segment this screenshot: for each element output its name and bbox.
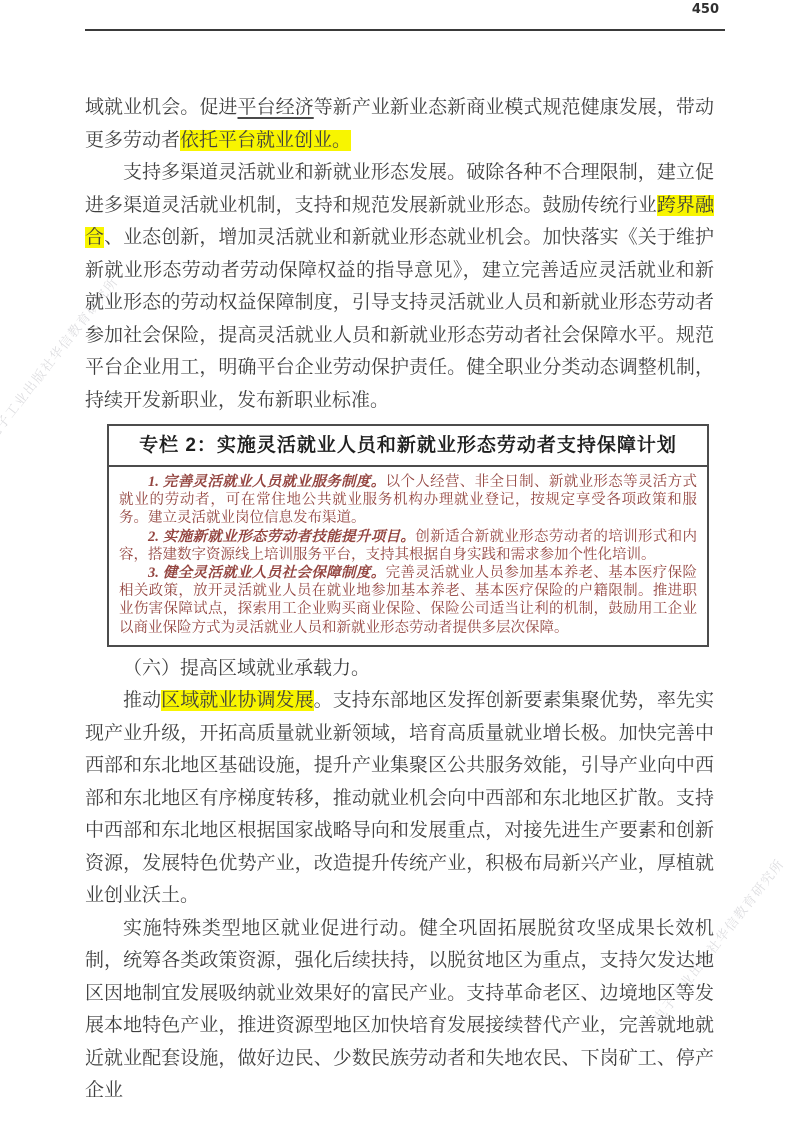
body-text: 域就业机会。促进 [85, 97, 238, 118]
header-rule [85, 29, 725, 31]
document-page: 450 电子工业出版社华信教育研究所 电子工业出版社华信教育研究所 域就业机会。… [0, 0, 793, 1122]
box-item-3: 3. 健全灵活就业人员社会保障制度。完善灵活就业人员参加基本养老、基本医疗保险相… [119, 564, 697, 637]
box-item-2: 2. 实施新就业形态劳动者技能提升项目。创新适合新就业形态劳动者的培训形式和内容… [119, 528, 697, 564]
paragraph-flexible-employment: 支持多渠道灵活就业和新就业形态发展。破除各种不合理限制，建立促进多渠道灵活就业机… [85, 157, 714, 417]
column-box-body: 1. 完善灵活就业人员就业服务制度。以个人经营、非全日制、新就业形态等灵活方式就… [109, 467, 707, 645]
section-heading: （六）提高区域就业承载力。 [85, 653, 714, 686]
body-text: 推动 [123, 690, 161, 711]
page-number: 450 [692, 2, 719, 17]
underlined-text: 平台经济 [238, 97, 314, 118]
column-box-2: 专栏 2：实施灵活就业人员和新就业形态劳动者支持保障计划 1. 完善灵活就业人员… [107, 424, 709, 647]
body-text: 实施特殊类型地区就业促进行动。健全巩固拓展脱贫攻坚成果长效机制，统筹各类政策资源… [85, 918, 714, 1102]
box-item-1: 1. 完善灵活就业人员就业服务制度。以个人经营、非全日制、新就业形态等灵活方式就… [119, 473, 697, 528]
box-item-2-lead: 2. 实施新就业形态劳动者技能提升项目。 [148, 529, 415, 545]
paragraph-platform-economy: 域就业机会。促进平台经济等新产业新业态新商业模式规范健康发展，带动更多劳动者依托… [85, 92, 714, 157]
paragraph-regional-coordination: 推动区域就业协调发展。支持东部地区发挥创新要素集聚优势，率先实现产业升级，开拓高… [85, 685, 714, 913]
body-text: 支持多渠道灵活就业和新就业形态发展。破除各种不合理限制，建立促进多渠道灵活就业机… [85, 162, 714, 216]
paragraph-special-regions: 实施特殊类型地区就业促进行动。健全巩固拓展脱贫攻坚成果长效机制，统筹各类政策资源… [85, 913, 714, 1108]
box-item-1-lead: 1. 完善灵活就业人员就业服务制度。 [148, 474, 386, 490]
column-box-title: 专栏 2：实施灵活就业人员和新就业形态劳动者支持保障计划 [109, 426, 707, 467]
page-content: 域就业机会。促进平台经济等新产业新业态新商业模式规范健康发展，带动更多劳动者依托… [85, 92, 714, 1108]
body-text: 、业态创新，增加灵活就业和新就业形态就业机会。加快落实《关于维护新就业形态劳动者… [85, 227, 714, 411]
highlighted-text: 依托平台就业创业。 [180, 130, 351, 151]
body-text: 。支持东部地区发挥创新要素集聚优势，率先实现产业升级，开拓高质量就业新领域，培育… [85, 690, 714, 906]
box-item-3-lead: 3. 健全灵活就业人员社会保障制度。 [148, 565, 386, 581]
highlighted-text: 区域就业协调发展 [161, 690, 314, 711]
